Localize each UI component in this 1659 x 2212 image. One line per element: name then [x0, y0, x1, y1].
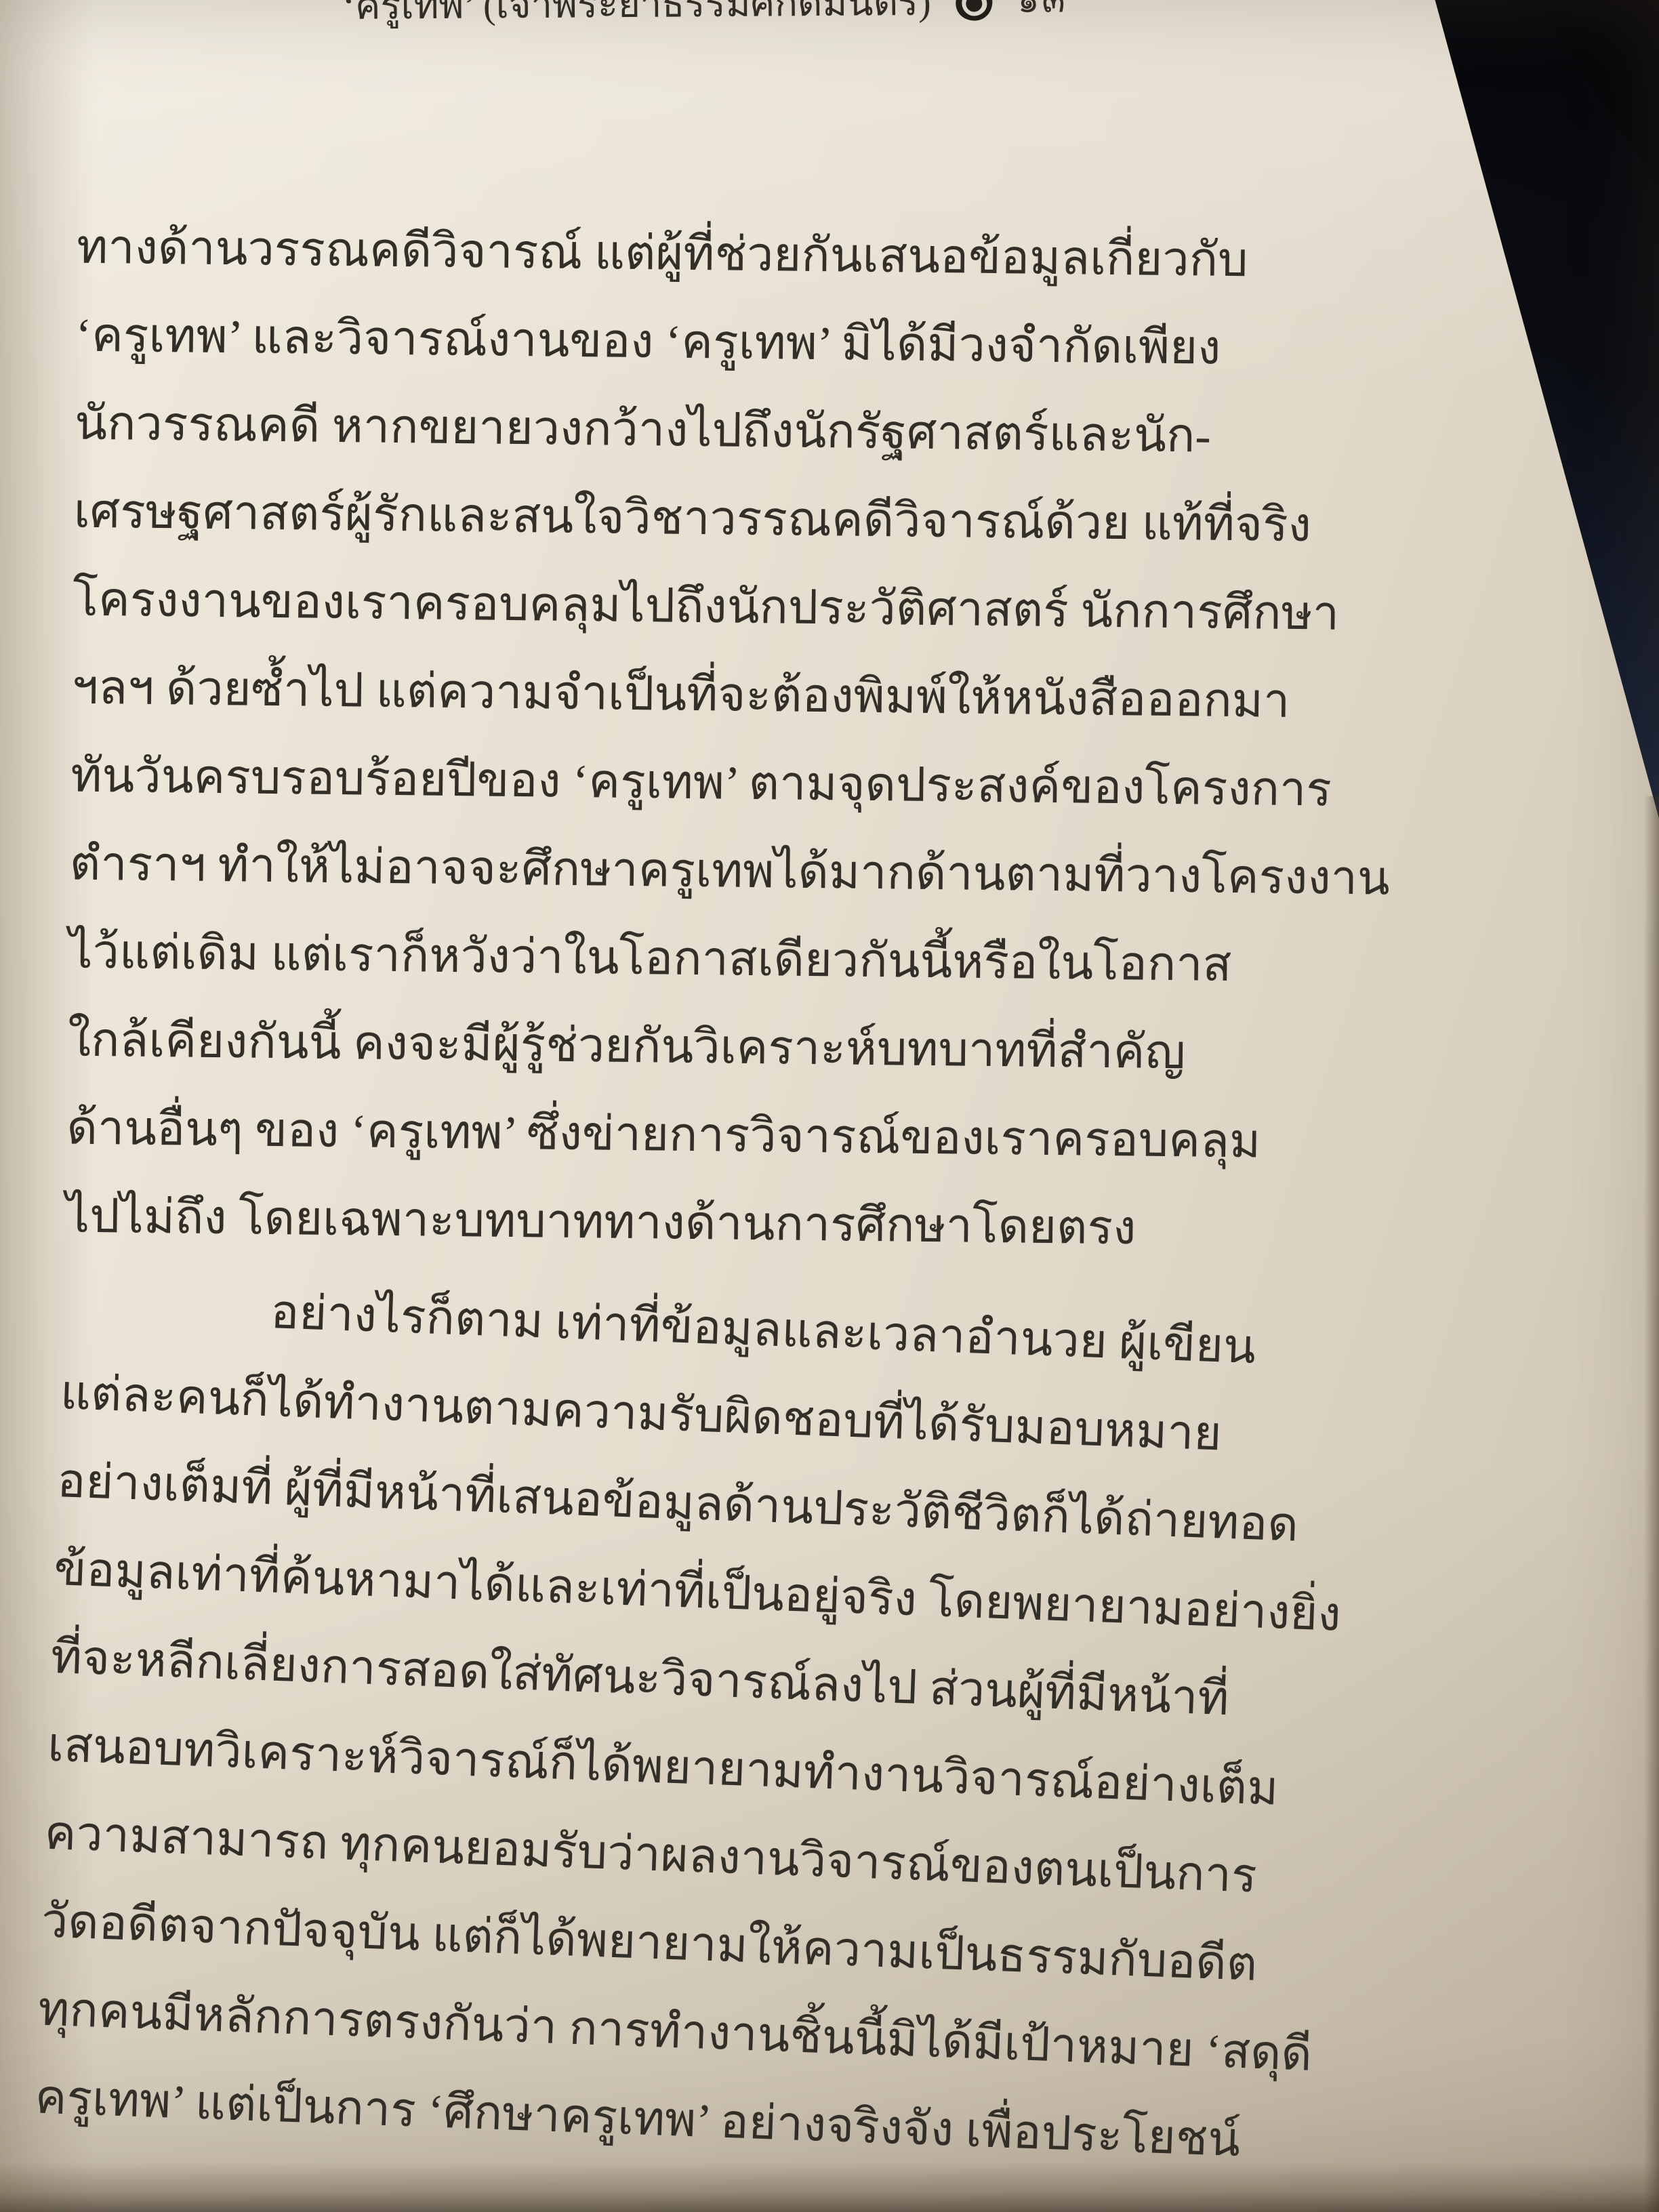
- book-page-photo: ‘ครูเทพ’ (เจ้าพระยาธรรมศักดิ์มนตรี) ๑๓ ท…: [0, 0, 1659, 2212]
- photo-vignette: [0, 0, 1659, 2212]
